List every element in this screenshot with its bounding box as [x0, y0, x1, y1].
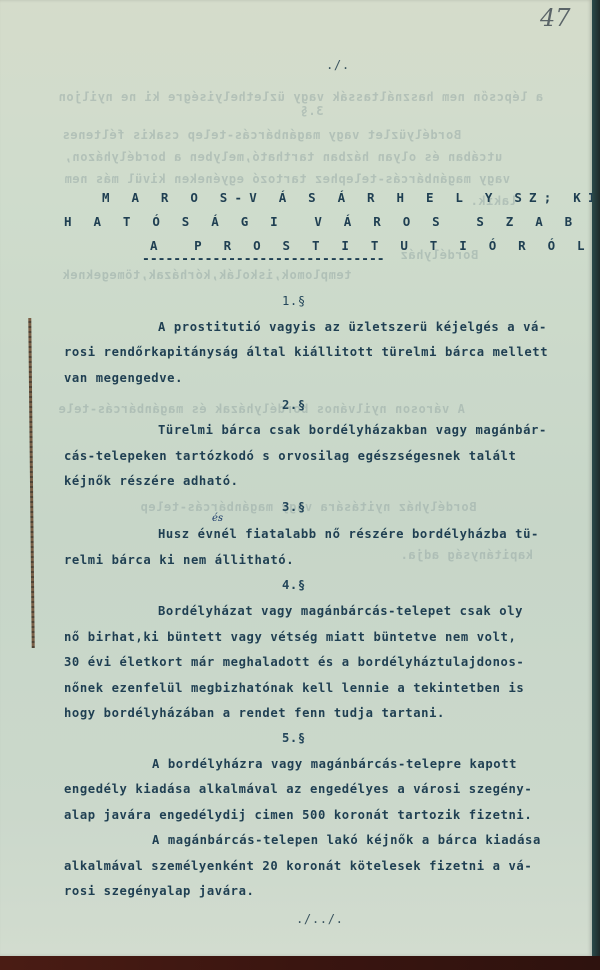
bleedthrough-line: 3.§: [300, 104, 323, 118]
bleedthrough-line: Bordélyház nyitására vagy magánbárcás-te…: [140, 500, 476, 514]
section-3-line: relmi bárca ki nem állitható.: [64, 553, 294, 567]
binding-string: [28, 318, 34, 648]
section-number-3: 3.§: [282, 500, 306, 514]
section-1-line: A prostitutió vagyis az üzletszerü kéjel…: [158, 320, 547, 334]
bleedthrough-line: A városon nyilvános bordélyházak és magá…: [58, 402, 465, 416]
section-number-5: 5.§: [282, 731, 306, 745]
section-number-2: 2.§: [282, 398, 306, 412]
section-5-line: A bordélyházra vagy magánbárcás-telepre …: [152, 757, 517, 771]
bleedthrough-line: Bordélyüzlet vagy magánbárcás-telep csak…: [62, 128, 461, 142]
bottom-mark: ./../.: [296, 912, 344, 926]
bleedthrough-line: a lépcsőn nem használtassák vagy üzlethe…: [58, 90, 543, 104]
section-4-line: 30 évi életkort már meghaladott és a bor…: [64, 655, 524, 669]
section-5-line: A magánbárcás-telepen lakó kéjnők a bárc…: [152, 833, 541, 847]
section-4-line: Bordélyházat vagy magánbárcás-telepet cs…: [158, 604, 523, 618]
section-number-1: 1.§: [282, 294, 306, 308]
section-2-line: cás-telepeken tartózkodó s orvosilag egé…: [64, 449, 516, 463]
handwritten-insert: és: [212, 513, 223, 524]
section-1-line: rosi rendőrkapitányság által kiállitott …: [64, 345, 548, 359]
section-2-line: Türelmi bárca csak bordélyházakban vagy …: [158, 423, 547, 437]
bleedthrough-line: templomok,iskolák,kórházak,tömegeknek: [62, 268, 352, 282]
section-number-4: 4.§: [282, 578, 306, 592]
title-underline: -------------------------------: [142, 252, 385, 267]
bleedthrough-line: utcában és olyan házban tartható,melyben…: [64, 150, 502, 164]
title-line-2: H A T Ó S Á G I V Á R O S S Z A B Á L Y …: [64, 214, 600, 229]
page-number: 47: [540, 4, 571, 32]
section-4-line: nőnek ezenfelül megbizhatónak kell lenni…: [64, 681, 524, 695]
section-5-line: rosi szegényalap javára.: [64, 884, 255, 898]
section-5-line: engedély kiadása alkalmával az engedélye…: [64, 782, 532, 796]
title-line-3: A P R O S T I T U T I Ó R Ó L.: [150, 238, 600, 253]
section-3-line: Husz évnél fiatalabb nő részére bordélyh…: [158, 527, 539, 541]
document-page: a lépcsőn nem használtassák vagy üzlethe…: [0, 0, 592, 956]
scan-background-edge: [592, 0, 600, 970]
bleedthrough-line: kapitányság adja.: [400, 548, 533, 562]
section-2-line: kéjnők részére adható.: [64, 474, 239, 488]
section-4-line: nő birhat,ki büntett vagy vétség miatt b…: [64, 630, 516, 644]
section-5-line: alkalmával személyenként 20 koronát köte…: [64, 859, 532, 873]
top-mark: ./.: [326, 58, 350, 72]
section-4-line: hogy bordélyházában a rendet fenn tudja …: [64, 706, 445, 720]
section-5-line: alap javára engedélydij cimen 500 koroná…: [64, 808, 532, 822]
scan-background-bottom: [0, 956, 600, 970]
title-line-1: M A R O S-V Á S Á R H E L Y SZ; KIR. T Ö…: [102, 190, 600, 205]
section-1-line: van megengedve.: [64, 371, 183, 385]
bleedthrough-line: vagy magánbárcás-telephez tartozó egyéne…: [64, 172, 510, 186]
